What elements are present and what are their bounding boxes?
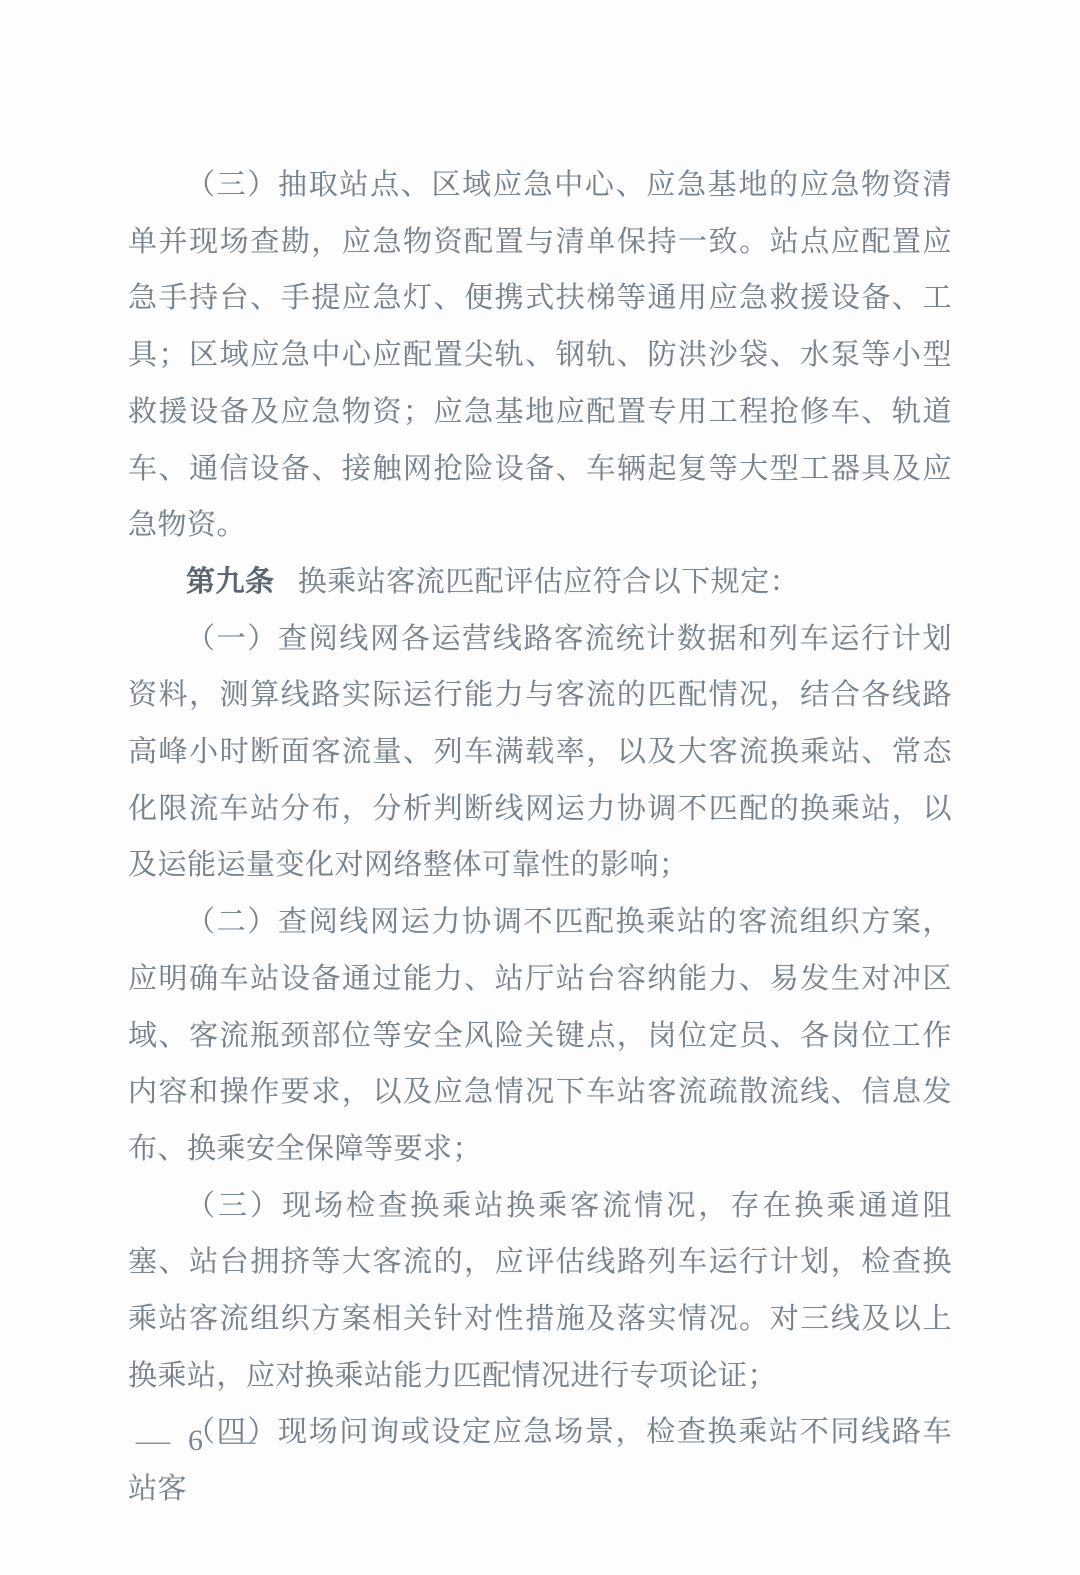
article-9-number: 第九条	[186, 566, 275, 598]
paragraph-article-9: 第九条换乘站客流匹配评估应符合以下规定：	[128, 554, 952, 611]
paragraph-clause-3-materials: （三）抽取站点、区域应急中心、应急基地的应急物资清单并现场查勘，应急物资配置与清…	[128, 157, 952, 554]
document-body: （三）抽取站点、区域应急中心、应急基地的应急物资清单并现场查勘，应急物资配置与清…	[128, 157, 952, 1518]
footer-right-dash: —	[221, 1424, 256, 1458]
paragraph-item-3: （三）现场检查换乘站换乘客流情况，存在换乘通道阻塞、站台拥挤等大客流的，应评估线…	[128, 1178, 952, 1405]
document-page: （三）抽取站点、区域应急中心、应急基地的应急物资清单并现场查勘，应急物资配置与清…	[0, 0, 1080, 1575]
page-footer: — 6 —	[138, 1424, 253, 1458]
article-9-title: 换乘站客流匹配评估应符合以下规定：	[298, 566, 800, 598]
page-number: 6	[188, 1424, 203, 1458]
paragraph-item-2: （二）查阅线网运力协调不匹配换乘站的客流组织方案，应明确车站设备通过能力、站厅站…	[128, 894, 952, 1178]
footer-left-dash: —	[136, 1424, 171, 1458]
paragraph-item-4-partial: （四）现场问询或设定应急场景，检查换乘站不同线路车站客	[128, 1404, 952, 1517]
paragraph-item-1: （一）查阅线网各运营线路客流统计数据和列车运行计划资料，测算线路实际运行能力与客…	[128, 611, 952, 895]
